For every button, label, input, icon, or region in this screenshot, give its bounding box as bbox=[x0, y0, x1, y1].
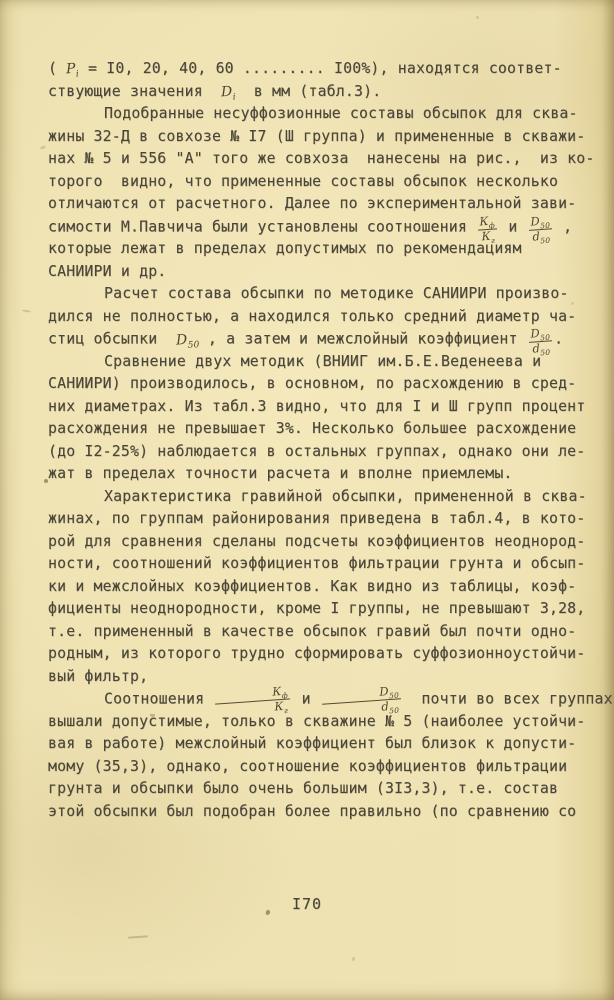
handwritten-symbol-d-i: Di bbox=[220, 80, 236, 103]
text-line: ки и межслойных коэффициентов. Как видно… bbox=[48, 576, 588, 599]
text-line: САНИИРИ) производилось, в основном, по р… bbox=[48, 373, 588, 396]
formula-d50-d50-fraction: D50d50 bbox=[528, 327, 553, 355]
paper-speck bbox=[128, 935, 148, 938]
handwritten-symbol-d-50: D50 bbox=[175, 328, 199, 352]
text-line: этой обсыпки был подобран более правильн… bbox=[48, 801, 588, 824]
text-line: торого видно, что примененные составы об… bbox=[48, 171, 588, 194]
formula-kf-kr-fraction: КфКг bbox=[214, 685, 291, 716]
text-line: них диаметрах. Из табл.3 видно, что для … bbox=[48, 396, 588, 419]
text-line: грунта и обсыпки было очень большим (3I3… bbox=[48, 778, 588, 801]
scanned-page: ( Pi = I0, 20, 40, 60 ......... I00%), н… bbox=[0, 0, 614, 1000]
text-line-formula: симости М.Павчича были установлены соотн… bbox=[48, 216, 588, 239]
text-line: мому (35,3), однако, соотношение коэффиц… bbox=[48, 756, 588, 779]
handwritten-symbol-p-i: Pi bbox=[66, 58, 80, 81]
text-line: нах № 5 и 556 "А" того же совхоза нанесе… bbox=[48, 148, 588, 171]
text-line: родным, из которого трудно сформировать … bbox=[48, 643, 588, 666]
paper-speck bbox=[571, 302, 574, 305]
paper-speck bbox=[476, 16, 479, 19]
paper-speck bbox=[352, 957, 355, 961]
text-line: САНИИРИ и др. bbox=[48, 261, 588, 284]
text-line: Подобранные несуффозионные составы обсып… bbox=[48, 103, 588, 126]
text-line: Расчет состава обсыпки по методике САНИИ… bbox=[48, 283, 588, 306]
text-line: рой для сравнения сделаны подсчеты коэфф… bbox=[48, 531, 588, 554]
text-line: отличаются от расчетного. Далее по экспе… bbox=[48, 193, 588, 216]
paper-speck bbox=[40, 145, 47, 150]
text-line: фициенты неоднородности, кроме I группы,… bbox=[48, 598, 588, 621]
formula-d50-d50-fraction: D50d50 bbox=[321, 685, 402, 716]
paper-speck bbox=[22, 309, 31, 313]
page-number: I70 bbox=[0, 895, 614, 913]
formula-kf-kr-fraction: КфКг bbox=[477, 215, 498, 242]
text-line: вый фильтр, bbox=[48, 666, 588, 689]
page-text: ( Pi = I0, 20, 40, 60 ......... I00%), н… bbox=[48, 58, 588, 823]
text-line: ности, соотношений коэффициентов фильтра… bbox=[48, 553, 588, 576]
text-line-formula: Соотношения КфКг и D50d50 почти во всех … bbox=[48, 688, 588, 711]
text-line: ( Pi = I0, 20, 40, 60 ......... I00%), н… bbox=[48, 58, 588, 81]
text-line: ствующие значения Di в мм (табл.3). bbox=[48, 81, 588, 104]
text-line-formula: стиц обсыпки D50 , а затем и межслойный … bbox=[48, 328, 588, 351]
text-line: жинах, по группам районирования приведен… bbox=[48, 508, 588, 531]
paper-speck bbox=[44, 479, 48, 483]
text-line: Сравнение двух методик (ВНИИГ им.Б.Е.Вед… bbox=[48, 351, 588, 374]
text-line: расхождения не превышает 3%. Несколько б… bbox=[48, 418, 588, 441]
text-line: которые лежат в пределах допустимых по р… bbox=[48, 238, 588, 261]
text-line: жат в пределах точности расчета и вполне… bbox=[48, 463, 588, 486]
text-line: Характеристика гравийной обсыпки, примен… bbox=[48, 486, 588, 509]
paper-speck bbox=[265, 909, 271, 915]
text-line: жины 32-Д в совхозе № I7 (Ш группа) и пр… bbox=[48, 126, 588, 149]
text-line: дился не полностью, а находился только с… bbox=[48, 306, 588, 329]
formula-d50-d50-fraction: D50d50 bbox=[528, 215, 553, 243]
text-line: т.е. примененный в качестве обсыпок грав… bbox=[48, 621, 588, 644]
text-line: вая в работе) межслойный коэффициент был… bbox=[48, 733, 588, 756]
text-line: (до I2-25%) наблюдается в остальных груп… bbox=[48, 441, 588, 464]
paper-speck bbox=[150, 714, 155, 717]
text-line: вышали допустимые, только в скважине № 5… bbox=[48, 711, 588, 734]
